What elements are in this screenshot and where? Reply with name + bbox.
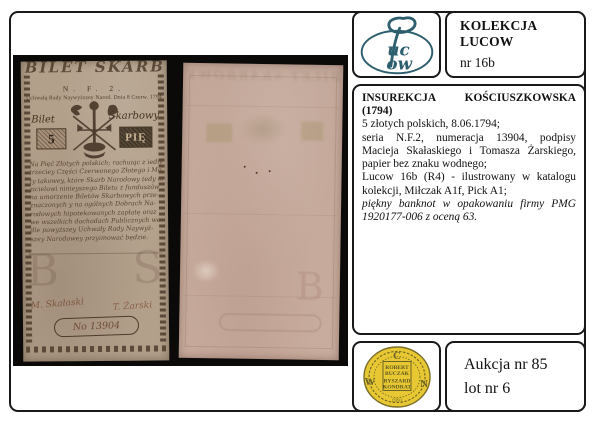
paper-speck [244, 166, 246, 168]
lot-series-line: seria N.F.2, numeracja 13904, podpisy Ma… [362, 132, 576, 172]
show-through-heading: BILET SKARBOWY [183, 68, 343, 85]
banknote-script-text: Na Pięć Złotych polskich; rachuiąc z ied… [29, 159, 164, 245]
banknote-word-bilet: Bilet [31, 114, 55, 125]
collection-item-number: nr 16b [460, 55, 584, 71]
ornate-border-bottom [26, 345, 166, 352]
watermark-letter-b: B [26, 245, 59, 296]
seal-letter-n: N [420, 378, 428, 390]
seal-letter-w: W [364, 376, 375, 388]
lucow-monogram-icon: uc ow [357, 15, 437, 75]
show-through-box [301, 122, 323, 141]
show-through-box [206, 123, 232, 142]
catalog-card: BILET SKARBOWY N. F. 2. Uchwałą Rady Nay… [0, 0, 600, 424]
lot-reference-line: Lucow 16b (R4) - ilustrowany w katalogu … [362, 171, 576, 197]
paper-speck [256, 172, 258, 174]
collection-title-box: KOLEKCJA LUCOW nr 16b [445, 11, 586, 78]
banknote-front-photo: BILET SKARBOWY N. F. 2. Uchwałą Rady Nay… [13, 55, 172, 366]
signature-left: M. Skałaski [31, 297, 85, 311]
show-through-serial-oval [219, 313, 321, 332]
banknote-back-photo: BILET SKARBOWY B [172, 55, 348, 366]
show-through-emblem [238, 112, 289, 147]
auction-number: Aukcja nr 85 [464, 356, 584, 374]
serial-number-oval: No 13904 [54, 316, 140, 338]
logo-letters-ow: ow [386, 53, 412, 73]
watermark-letter-s: S [132, 242, 163, 293]
collection-logo-box: uc ow [352, 11, 441, 78]
seal-name-buczak: BUCZAK [385, 371, 410, 377]
seal-name-kondrat: KONDRAT [382, 384, 410, 390]
lot-denomination-line: 5 złotych polskich, 8.06.1794; [362, 118, 576, 131]
banknote-back-paper: BILET SKARBOWY B [179, 63, 344, 360]
show-through-watermark: B [295, 265, 324, 309]
lot-description-box: INSUREKCJA KOŚCIUSZKOWSKA (1794) 5 złoty… [352, 84, 586, 335]
banknote-heading: BILET SKARBOWY [25, 57, 163, 75]
paper-blotch [192, 259, 220, 283]
denomination-word-box: PIĘ [119, 126, 152, 147]
paper-speck [269, 170, 271, 172]
banknote-front-paper: BILET SKARBOWY N. F. 2. Uchwałą Rady Nay… [21, 60, 170, 361]
seal-letter-c: C [393, 350, 401, 362]
collection-title: KOLEKCJA LUCOW [460, 18, 584, 50]
banknote-series: N. F. 2. [21, 83, 167, 93]
lot-title: INSUREKCJA KOŚCIUSZKOWSKA (1794) [362, 92, 576, 118]
eagle-trophy-emblem-icon [65, 100, 124, 165]
lot-number: lot nr 6 [464, 380, 584, 398]
denomination-numeral-box: 5 [36, 128, 66, 149]
seal-year: 1991 [391, 398, 402, 404]
auction-info-box: Aukcja nr 85 lot nr 6 [445, 341, 586, 412]
lot-grade-note: piękny banknot w opakowaniu firmy PMG 19… [362, 198, 576, 224]
signature-right: T. Żarski [113, 300, 153, 312]
auction-house-seal-box: C W N ROBERT BUCZAK RYSZARD KONDRAT 1991 [352, 341, 441, 412]
auction-house-seal-icon: C W N ROBERT BUCZAK RYSZARD KONDRAT 1991 [361, 345, 433, 409]
